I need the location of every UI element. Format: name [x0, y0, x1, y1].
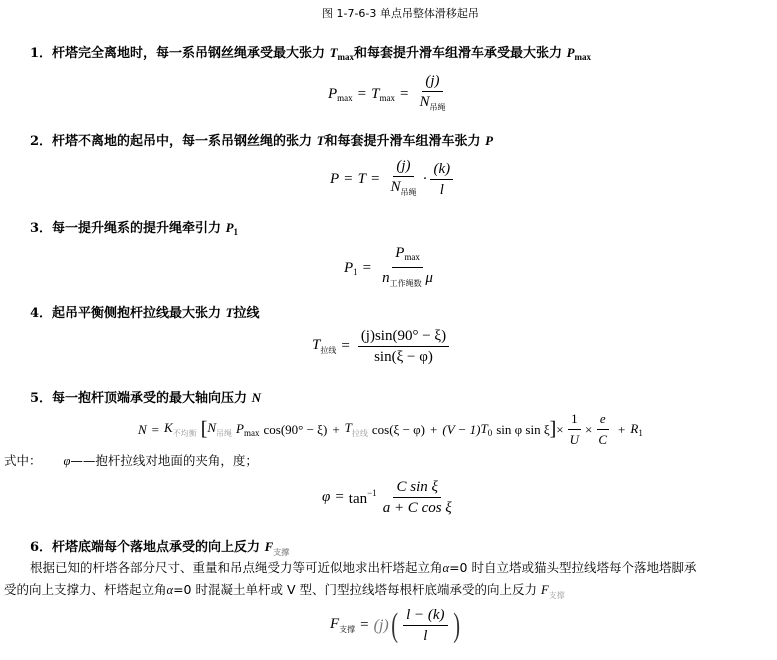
- formula-5b: φ = tan−1 C sin ξ a + C cos ξ: [322, 478, 458, 517]
- section-2-heading: 2．杆塔不离地的起吊中，每一系吊钢丝绳的张力 T和每套提升滑车组滑车张力 P: [30, 130, 493, 149]
- formula-5: N = K不均衡 [ N吊绳 Pmax cos(90° − ξ) + T拉线 c…: [138, 410, 643, 449]
- formula-6: F支撑 = (j) ( l − (k) l ): [330, 606, 462, 645]
- formula-1: Pmax = Tmax = (j) N吊绳: [328, 72, 451, 117]
- where-clause: 式中： φ——抱杆拉线对地面的夹角，度；: [4, 451, 258, 469]
- section-3-heading: 3．每一提升绳系的提升绳牵引力 P1: [30, 217, 238, 237]
- section-title: 杆塔完全离地时，每一系吊钢丝绳承受最大张力: [52, 46, 325, 61]
- var-n: N: [252, 390, 261, 405]
- figure-caption: 图 1-7-6-3 单点吊整体滑移起吊: [322, 5, 479, 21]
- var-p: P: [485, 133, 493, 148]
- section-6-heading: 6．杆塔底端每个落地点承受的向上反力 F支撑: [30, 536, 289, 558]
- section-number: 1．: [30, 46, 52, 61]
- paragraph-line-1: 根据已知的杆塔各部分尺寸、重量和吊点绳受力等可近似地求出杆塔起立角α=0 时自立…: [30, 558, 696, 576]
- paragraph-line-2: 受的向上支撑力、杆塔起立角α=0 时混凝土单杆或 V 型、门型拉线塔每根杆底端承…: [4, 580, 565, 601]
- formula-3: P1 = Pmax n工作绳数 μ: [344, 244, 439, 293]
- var-p1: P1: [226, 220, 238, 235]
- section-1-heading: 1．杆塔完全离地时，每一系吊钢丝绳承受最大张力 Tmax和每套提升滑车组滑车承受…: [30, 42, 591, 62]
- var-p: Pmax: [567, 45, 591, 60]
- var-t: T: [317, 133, 325, 148]
- formula-2: P = T = (j) N吊绳 · (k) l: [330, 157, 456, 202]
- section-5-heading: 5．每一抱杆顶端承受的最大轴向压力 N: [30, 387, 261, 406]
- var-f: F支撑: [265, 539, 290, 554]
- var-t: Tmax: [330, 45, 354, 60]
- formula-4: T拉线 = (j)sin(90° − ξ) sin(ξ − φ): [312, 327, 452, 366]
- var-t: T: [226, 305, 234, 320]
- section-4-heading: 4．起吊平衡侧抱杆拉线最大张力 T拉线: [30, 302, 260, 321]
